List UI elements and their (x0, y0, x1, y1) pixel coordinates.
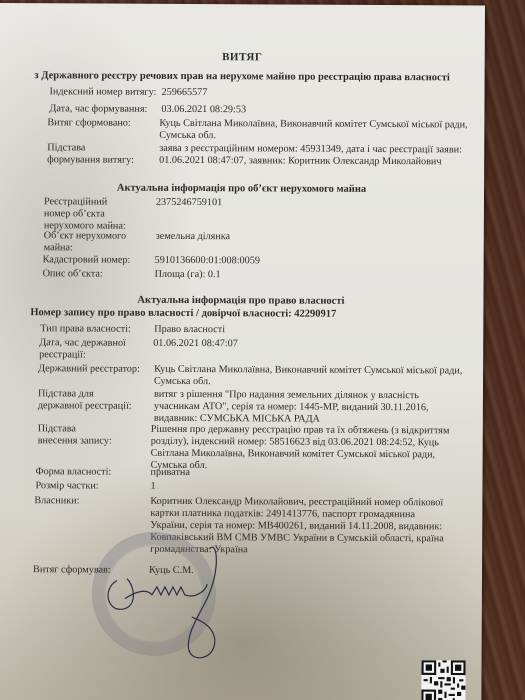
field-value: Куць Світлана Миколаївна, Виконавчий ком… (159, 118, 469, 144)
field-value: 2375246759101 (156, 197, 466, 211)
field-value: 1 (150, 481, 460, 495)
qr-code-icon (421, 660, 465, 700)
field-label: Дата, час державної реєстрації: (39, 337, 139, 362)
object-section-heading: Актуальна інформація про об’єкт нерухомо… (0, 182, 484, 196)
field-value: Рішення про державну реєстрацію прав та … (151, 424, 471, 474)
field-label: Кадастровий номер: (43, 254, 158, 267)
field-label: Реєстраційний номер об’єкта нерухомого м… (44, 196, 134, 232)
field-label: Тип права власності: (40, 323, 155, 336)
handwritten-signature-icon (97, 529, 238, 670)
field-label: Витяг сформовано: (47, 117, 162, 130)
field-label: Державний реєстратор: (38, 363, 153, 376)
ownership-record-number: Номер запису про право власності / довір… (30, 307, 336, 320)
field-label: Підстава для державної реєстрації: (38, 388, 138, 413)
field-value: земельна ділянка (156, 231, 466, 245)
field-value: Куць Світлана Миколаївна, Виконавчий ком… (154, 364, 464, 390)
field-label: Власники: (34, 495, 149, 508)
ownership-section-heading: Актуальна інформація про право власності (0, 294, 483, 308)
field-label: Підстава формування витягу: (47, 142, 137, 166)
field-value: 03.06.2021 08:29:53 (161, 104, 471, 118)
field-label: Дата, час формування: (49, 103, 164, 116)
document-subtitle: з Державного реєстру речових прав на нер… (0, 70, 485, 84)
field-value: 01.06.2021 08:47:07 (153, 338, 463, 352)
field-value: приватна (151, 467, 461, 481)
field-value: витяг з рішення "Про надання земельних д… (154, 389, 464, 427)
document-page: ВИТЯГ з Державного реєстру речових прав … (0, 3, 485, 700)
field-value: 259665577 (162, 87, 472, 101)
field-label: Індексний номер витягу: (50, 86, 165, 99)
field-value: 5910136600:01:008:0059 (155, 255, 465, 269)
document-title: ВИТЯГ (0, 50, 485, 65)
field-label: Об’єкт нерухомого майна: (44, 230, 134, 254)
field-label: Форма власності: (36, 466, 151, 479)
field-label: Підстава внесення запису: (38, 423, 118, 447)
field-value: Площа (га): 0.1 (155, 269, 465, 283)
field-value: Право власності (154, 324, 464, 338)
field-value: заява з реєстраційним номером: 45931349,… (159, 143, 469, 169)
field-label: Опис об’єкта: (43, 268, 158, 281)
field-label: Розмір частки: (35, 480, 150, 493)
